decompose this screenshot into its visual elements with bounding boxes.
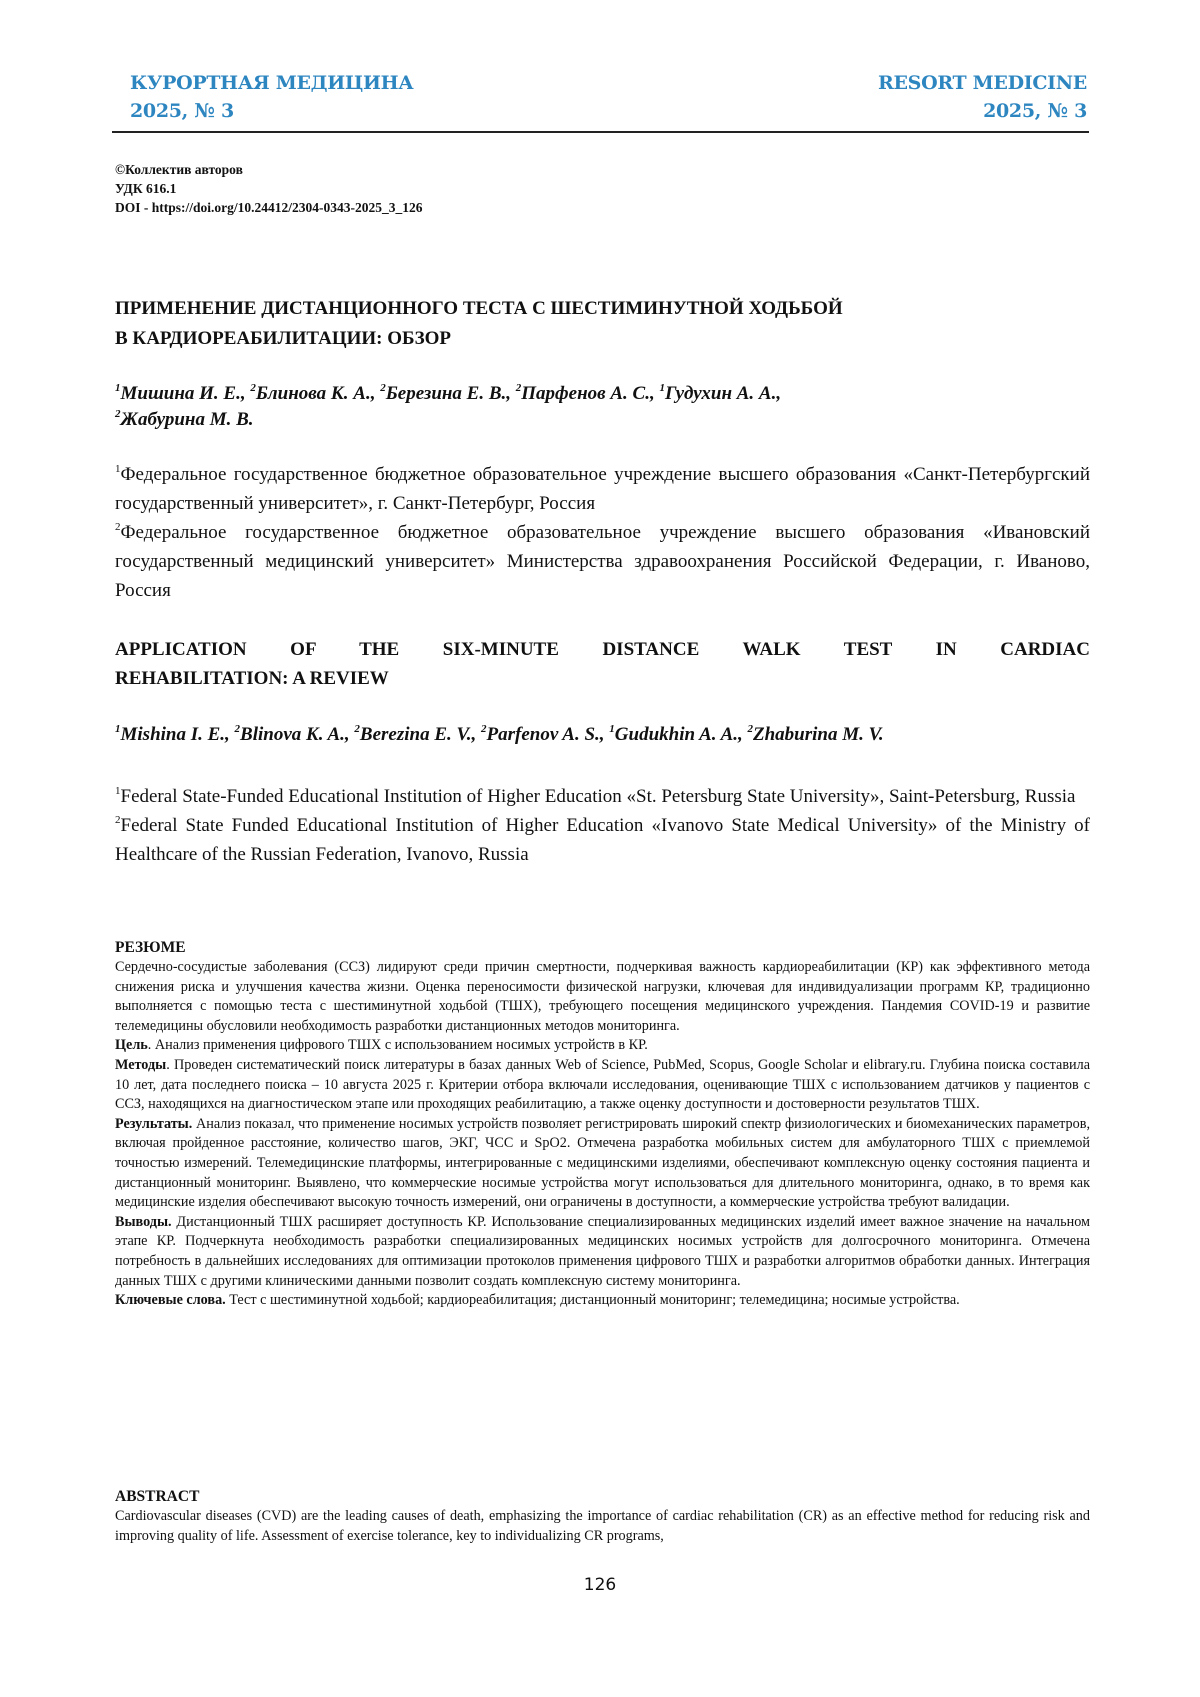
article-meta: ©Коллектив авторов УДК 616.1 DOI - https… <box>115 160 423 217</box>
page-number: 126 <box>0 1575 1200 1595</box>
journal-title-ru: КУРОРТНАЯ МЕДИЦИНА <box>130 72 413 94</box>
affiliations-ru: 1Федеральное государственное бюджетное о… <box>115 460 1090 605</box>
summary-en-heading: ABSTRACT <box>115 1487 1090 1507</box>
authors-en: 1Mishina I. E., 2Blinova K. A., 2Berezin… <box>115 722 1095 748</box>
summary-ru-results: Результаты. Анализ показал, что применен… <box>115 1115 1090 1213</box>
summary-ru-methods: Методы. Проведен систематический поиск л… <box>115 1056 1090 1115</box>
author-5: 1Гудухин А. А., <box>659 383 781 404</box>
authors-ru: 1Мишина И. Е., 2Блинова К. А., 2Березина… <box>115 381 1095 433</box>
author-4: 2Парфенов А. С., <box>516 383 655 404</box>
summary-ru-heading: РЕЗЮМЕ <box>115 938 1090 958</box>
journal-title-en: RESORT MEDICINE <box>878 72 1087 94</box>
author-en-1: 1Mishina I. E., <box>115 724 230 745</box>
doi-line: DOI - https://doi.org/10.24412/2304-0343… <box>115 198 423 217</box>
author-en-3: 2Berezina E. V., <box>354 724 476 745</box>
summary-ru-keywords: Ключевые слова. Тест с шестиминутной ход… <box>115 1291 1090 1311</box>
title-ru-line-2: В КАРДИОРЕАБИЛИТАЦИИ: ОБЗОР <box>115 324 1095 354</box>
author-en-6: 2Zhaburina M. V. <box>748 724 884 745</box>
summary-ru-aim: Цель. Анализ применения цифрового ТШХ с … <box>115 1036 1090 1056</box>
summary-en-intro: Cardiovascular diseases (CVD) are the le… <box>115 1507 1090 1546</box>
affiliation-ru-2: 2Федеральное государственное бюджетное о… <box>115 518 1090 605</box>
author-2: 2Блинова К. А., <box>250 383 375 404</box>
title-ru-line-1: ПРИМЕНЕНИЕ ДИСТАНЦИОННОГО ТЕСТА С ШЕСТИМ… <box>115 294 1095 324</box>
header-divider <box>112 131 1089 133</box>
article-title-en: APPLICATION OF THE SIX-MINUTE DISTANCE W… <box>115 635 1090 693</box>
author-3: 2Березина Е. В., <box>380 383 511 404</box>
summary-en: ABSTRACT Cardiovascular diseases (CVD) a… <box>115 1487 1090 1546</box>
article-title-ru: ПРИМЕНЕНИЕ ДИСТАНЦИОННОГО ТЕСТА С ШЕСТИМ… <box>115 294 1095 354</box>
summary-ru-conclusions: Выводы. Дистанционный ТШХ расширяет дост… <box>115 1213 1090 1291</box>
author-en-4: 2Parfenov A. S., <box>481 724 605 745</box>
journal-issue-en: 2025, № 3 <box>983 100 1087 122</box>
affiliation-en-1: 1Federal State-Funded Educational Instit… <box>115 782 1090 811</box>
summary-ru: РЕЗЮМЕ Сердечно-сосудистые заболевания (… <box>115 938 1090 1311</box>
title-en-line-1: APPLICATION OF THE SIX-MINUTE DISTANCE W… <box>115 635 1090 664</box>
affiliation-en-2: 2Federal State Funded Educational Instit… <box>115 811 1090 869</box>
affiliation-ru-1: 1Федеральное государственное бюджетное о… <box>115 460 1090 518</box>
affiliations-en: 1Federal State-Funded Educational Instit… <box>115 782 1090 869</box>
author-en-2: 2Blinova K. A., <box>235 724 350 745</box>
journal-page: КУРОРТНАЯ МЕДИЦИНА 2025, № 3 RESORT MEDI… <box>0 0 1200 1697</box>
title-en-line-2: REHABILITATION: A REVIEW <box>115 668 389 689</box>
summary-ru-intro: Сердечно-сосудистые заболевания (ССЗ) ли… <box>115 958 1090 1036</box>
author-6: 2Жабурина М. В. <box>115 409 254 430</box>
author-en-5: 1Gudukhin A. A., <box>609 724 742 745</box>
udc-line: УДК 616.1 <box>115 179 423 198</box>
copyright-line: ©Коллектив авторов <box>115 160 423 179</box>
author-1: 1Мишина И. Е., <box>115 383 246 404</box>
journal-issue-ru: 2025, № 3 <box>130 100 234 122</box>
